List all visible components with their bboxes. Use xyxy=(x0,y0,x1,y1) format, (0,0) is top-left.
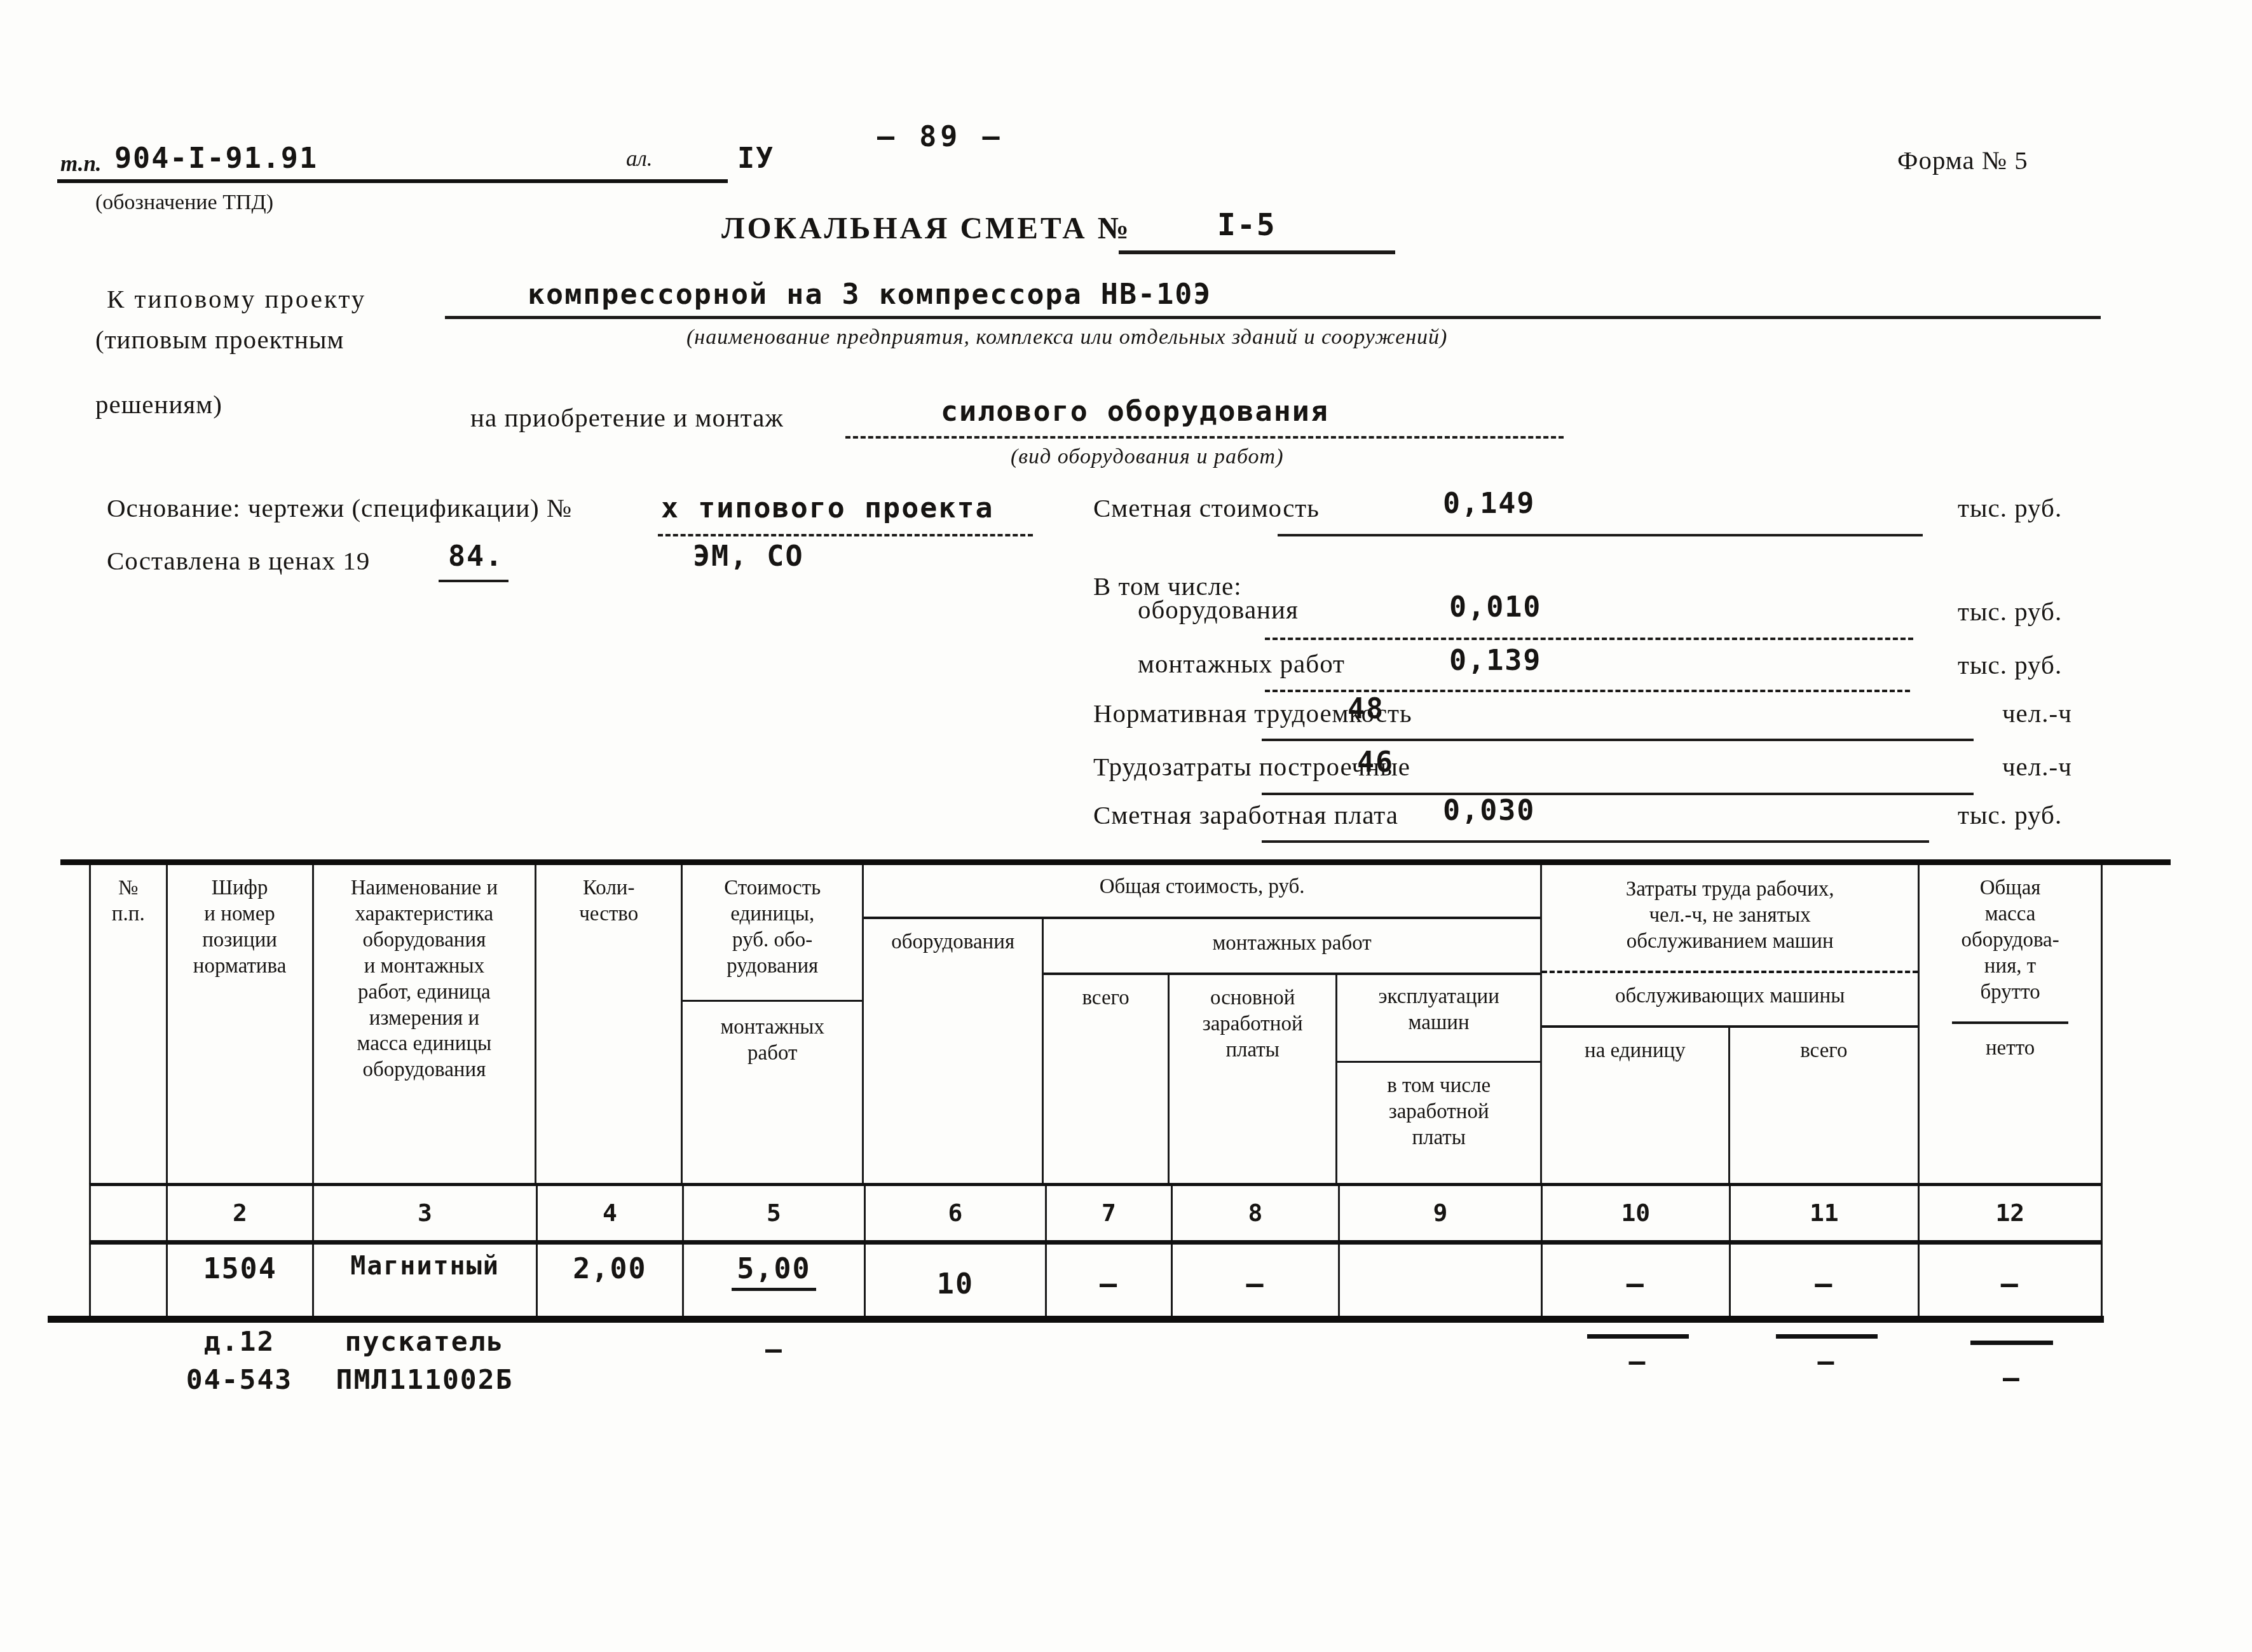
col-num-1 xyxy=(91,1186,168,1240)
doc-title: ЛОКАЛЬНАЯ СМЕТА № xyxy=(721,210,1131,246)
col-header-machines-top: эксплуатации машин xyxy=(1337,975,1540,1063)
row-price-value: 5,00 xyxy=(732,1251,815,1291)
col-header-equipment: оборудования xyxy=(864,919,1044,1183)
project-label-1: К типовому проекту xyxy=(107,283,366,314)
summary-unit-5: чел.-ч xyxy=(2002,751,2072,782)
cont-mass-line xyxy=(1970,1341,2053,1345)
col-num-4: 4 xyxy=(538,1186,685,1240)
col-num-11: 11 xyxy=(1731,1186,1919,1240)
cont-per-unit-cell: – xyxy=(1543,1323,1732,1444)
basis-value: х типового проекта xyxy=(661,491,994,524)
album-value: IУ xyxy=(737,141,774,175)
row-per-unit-cell: – xyxy=(1543,1245,1731,1316)
project-caption: (наименование предприятия, комплекса или… xyxy=(686,325,1447,350)
col-num-3: 3 xyxy=(314,1186,537,1240)
total-cost-group-label: Общая стоимость, руб. xyxy=(864,865,1540,919)
table-row: 1504 Магнитный 2,00 5,00 10 – – – – – xyxy=(89,1245,2103,1316)
summary-label-6: Сметная заработная плата xyxy=(1093,800,1398,830)
col-group-labor: Затраты труда рабочих, чел.-ч, не заняты… xyxy=(1542,865,1920,1183)
table-mid-rule xyxy=(48,1316,2104,1323)
cont-labor-total-cell: – xyxy=(1732,1323,1921,1444)
page-number: – 89 – xyxy=(877,119,1004,153)
tp-label: т.п. xyxy=(60,151,102,177)
prices-codes: ЭМ, СО xyxy=(693,539,804,573)
table-top-rule xyxy=(60,859,2171,865)
col-num-5: 5 xyxy=(684,1186,865,1240)
col-header-machines: эксплуатации машин в том числе заработно… xyxy=(1337,975,1540,1183)
montage-line xyxy=(845,436,1564,439)
summary-unit-3: тыс. руб. xyxy=(1958,650,2062,680)
cont-machines-cell xyxy=(1341,1323,1543,1444)
summary-label-3: монтажных работ xyxy=(1138,648,1345,679)
cont-code-cell: д.12 04-543 xyxy=(166,1323,313,1444)
col-header-mass: Общая масса оборудова- ния, т брутто нет… xyxy=(1920,865,2101,1183)
scanned-estimate-form: т.п. 904-I-91.91 ал. IУ – 89 – Форма № 5… xyxy=(0,0,2252,1652)
summary-line-0 xyxy=(1278,534,1923,536)
summary-value-0: 0,149 xyxy=(1443,486,1535,520)
cont-num-cell xyxy=(89,1323,166,1444)
summary-value-6: 0,030 xyxy=(1443,793,1535,827)
cont-name-cell: пускатель ПМЛ111002Б xyxy=(313,1323,536,1444)
col-header-machines-bottom: в том числе заработной платы xyxy=(1337,1063,1540,1183)
row-total-cell: – xyxy=(1047,1245,1173,1316)
prices-label: Составлена в ценах 19 xyxy=(107,545,370,576)
summary-line-6 xyxy=(1262,840,1929,843)
tp-code: 904-I-91.91 xyxy=(114,141,318,175)
montage-caption: (вид оборудования и работ) xyxy=(1011,445,1283,469)
col-header-unit-cost-bottom: монтажных работ xyxy=(683,1002,862,1183)
col-num-12: 12 xyxy=(1920,1186,2101,1240)
column-number-row: 2 3 4 5 6 7 8 9 10 11 12 xyxy=(89,1183,2103,1245)
cont-code-line1: д.12 xyxy=(204,1323,275,1361)
row-num-cell xyxy=(91,1245,168,1316)
summary-value-5: 46 xyxy=(1357,745,1394,779)
cont-code-line2: 04-543 xyxy=(186,1361,292,1399)
montage-value: силового оборудования xyxy=(941,394,1329,428)
col-num-2: 2 xyxy=(168,1186,315,1240)
summary-value-2: 0,010 xyxy=(1449,590,1541,624)
col-header-per-unit: на единицу xyxy=(1542,1028,1730,1183)
montage-group-label: монтажных работ xyxy=(1044,919,1540,975)
row-machines-cell xyxy=(1340,1245,1542,1316)
summary-label-0: Сметная стоимость xyxy=(1093,493,1320,523)
tpd-caption: (обозначение ТПД) xyxy=(95,191,273,215)
col-header-total: всего xyxy=(1044,975,1170,1183)
summary-value-4: 48 xyxy=(1348,692,1384,725)
estimate-number: I-5 xyxy=(1217,207,1276,243)
cont-name-line1: пускатель xyxy=(345,1323,505,1361)
row-code-cell: 1504 xyxy=(168,1245,315,1316)
col-header-base-wage: основной заработной платы xyxy=(1170,975,1337,1183)
project-label-3: решениям) xyxy=(95,389,222,420)
col-header-name: Наименование и характеристика оборудован… xyxy=(314,865,537,1183)
col-header-mass-bottom: нетто xyxy=(1920,1024,2101,1183)
row-mass-cell: – xyxy=(1920,1245,2101,1316)
project-value: компрессорной на 3 компрессора НВ-10Э xyxy=(528,277,1211,311)
cont-labor-total-line xyxy=(1776,1334,1878,1339)
summary-unit-4: чел.-ч xyxy=(2002,698,2072,728)
cont-per-unit-line xyxy=(1587,1334,1689,1339)
col-header-num: № п.п. xyxy=(91,865,168,1183)
cont-per-unit-dash: – xyxy=(1629,1342,1647,1381)
row-wage-cell: – xyxy=(1173,1245,1341,1316)
basis-line xyxy=(658,534,1033,536)
col-group-montage: монтажных работ всего основной заработно… xyxy=(1044,919,1540,1183)
col-num-10: 10 xyxy=(1543,1186,1731,1240)
mass-divider xyxy=(1952,1021,2068,1024)
cont-price-cell: – xyxy=(683,1323,865,1444)
cont-equip-cell xyxy=(865,1323,1047,1444)
col-num-8: 8 xyxy=(1173,1186,1341,1240)
album-label: ал. xyxy=(626,146,653,172)
cont-qty-cell xyxy=(536,1323,683,1444)
estimate-number-line xyxy=(1119,250,1395,254)
cont-mass-dash: – xyxy=(2003,1359,2021,1397)
row-name-cell: Магнитный xyxy=(314,1245,537,1316)
cont-name-line2: ПМЛ111002Б xyxy=(336,1361,514,1399)
summary-unit-0: тыс. руб. xyxy=(1958,493,2062,523)
summary-line-5 xyxy=(1262,793,1974,795)
col-header-labor-total: всего xyxy=(1730,1028,1918,1183)
cont-mass-cell: – xyxy=(1921,1323,2103,1444)
basis-label: Основание: чертежи (спецификации) № xyxy=(107,493,572,523)
cont-price-dash: – xyxy=(765,1330,783,1369)
cont-labor-total-dash: – xyxy=(1818,1342,1836,1381)
tp-underline xyxy=(57,179,728,183)
project-label-2: (типовым проектным xyxy=(95,324,344,355)
labor-group-label-bottom: обслуживающих машины xyxy=(1542,973,1918,1028)
summary-line-2 xyxy=(1265,638,1913,640)
col-num-6: 6 xyxy=(866,1186,1047,1240)
table-row-continuation: д.12 04-543 пускатель ПМЛ111002Б – – – xyxy=(89,1323,2103,1444)
col-group-total-cost: Общая стоимость, руб. оборудования монта… xyxy=(864,865,1542,1183)
summary-value-3: 0,139 xyxy=(1449,643,1541,677)
prices-year: 84. xyxy=(448,539,503,573)
cont-wage-cell xyxy=(1173,1323,1341,1444)
project-line xyxy=(445,316,2101,319)
summary-unit-2: тыс. руб. xyxy=(1958,596,2062,627)
montage-label: на приобретение и монтаж xyxy=(470,402,784,433)
row-labor-total-cell: – xyxy=(1731,1245,1919,1316)
col-header-code: Шифр и номер позиции норматива xyxy=(168,865,314,1183)
col-header-unit-cost-top: Стоимость единицы, руб. обо- рудования xyxy=(683,865,862,1002)
col-num-9: 9 xyxy=(1340,1186,1542,1240)
prices-year-line xyxy=(439,580,508,582)
summary-unit-6: тыс. руб. xyxy=(1958,800,2062,830)
col-header-unit-cost: Стоимость единицы, руб. обо- рудования м… xyxy=(683,865,864,1183)
row-price-cell: 5,00 xyxy=(684,1245,865,1316)
col-num-7: 7 xyxy=(1047,1186,1173,1240)
labor-group-label-top: Затраты труда рабочих, чел.-ч, не заняты… xyxy=(1542,865,1918,973)
summary-line-4 xyxy=(1262,739,1974,741)
cont-total-cell xyxy=(1047,1323,1173,1444)
col-header-mass-top: Общая масса оборудова- ния, т брутто xyxy=(1920,865,2101,1024)
col-header-qty: Коли- чество xyxy=(536,865,683,1183)
row-equip-cell: 10 xyxy=(866,1245,1047,1316)
estimate-table: № п.п. Шифр и номер позиции норматива На… xyxy=(89,859,2103,1444)
table-header: № п.п. Шифр и номер позиции норматива На… xyxy=(89,865,2103,1183)
form-number: Форма № 5 xyxy=(1897,145,2028,175)
row-qty-cell: 2,00 xyxy=(538,1245,685,1316)
summary-label-2: оборудования xyxy=(1138,594,1299,625)
